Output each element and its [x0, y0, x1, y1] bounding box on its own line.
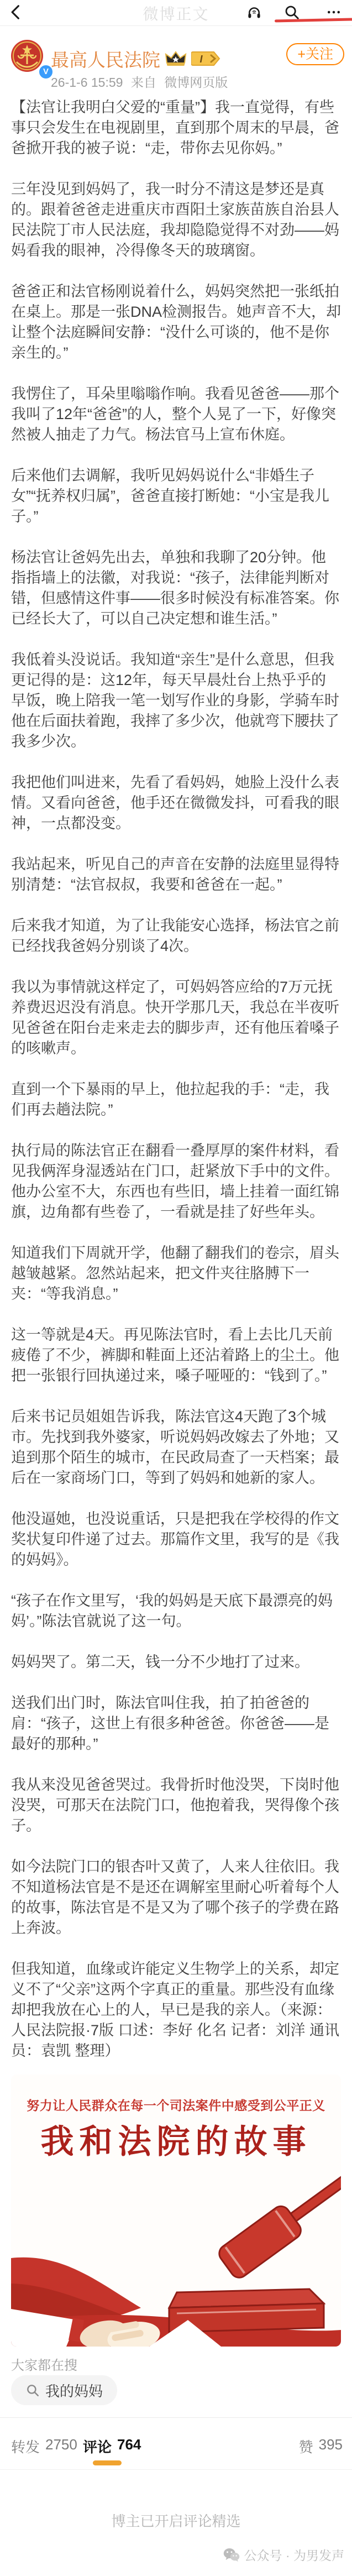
- poster-title: 我和法院的故事: [11, 2115, 341, 2163]
- listen-audio-icon[interactable]: [246, 4, 262, 20]
- post-paragraph: 这一等就是4天。再见陈法官时，看上去比几天前疲倦了不少，裤脚和鞋面上还沾着路上的…: [11, 1325, 341, 1386]
- repost-label: 转发: [11, 2436, 40, 2457]
- post-paragraph: 我站起来，听见自己的声音在安静的法庭里显得特别清楚：“法官叔叔，我要和爸爸在一起…: [11, 854, 341, 895]
- vip-level-badge: I: [191, 50, 221, 67]
- gavel-handshake-illustration: [11, 2175, 341, 2347]
- search-icon[interactable]: [283, 4, 300, 20]
- watermark: 公众号 · 为男发声: [223, 2546, 344, 2564]
- post-paragraph: 知道我们下周就开学，他翻了翻我们的卷宗，眉头越皱越紧。忽然站起来，把文件夹往胳膊…: [11, 1243, 341, 1304]
- author-header: V 最高人民法院 I 26-1-6 15:59 来自 微博网页版 +关注: [0, 26, 352, 97]
- repost-count: 2750: [45, 2436, 77, 2457]
- trending-search-pill[interactable]: 我的妈妈: [11, 2375, 117, 2405]
- post-meta: 26-1-6 15:59 来自 微博网页版: [51, 72, 232, 91]
- post-paragraph: 后来书记员姐姐告诉我，陈法官这4天跑了3个城市。先找到我外婆家，听说妈妈改嫁去了…: [11, 1407, 341, 1488]
- tabbar-divider: [0, 2469, 352, 2470]
- post-paragraph: 我把他们叫进来，先看了看妈妈，她脸上没什么表情。又看向爸爸，他手还在微微发抖，可…: [11, 772, 341, 834]
- weibo-post-page: 微博正文 V: [0, 0, 352, 2576]
- author-name[interactable]: 最高人民法院: [51, 46, 160, 72]
- tab-reposts[interactable]: 转发 2750: [11, 2436, 77, 2457]
- post-paragraph: 【法官让我明白父爱的“重量”】我一直觉得，有些事只会发生在电视剧里，直到那个周末…: [11, 97, 341, 159]
- crown-badge-icon: [165, 50, 187, 67]
- post-paragraph: 他没逼她，也没说重话，只是把我在学校得的作文奖状复印件递了过去。那篇作文里，我写…: [11, 1509, 341, 1570]
- post-paragraph: 妈妈哭了。第二天，钱一分不少地打了过来。: [11, 1652, 341, 1673]
- post-paragraph: 我低着头没说话。我知道“亲生”是什么意思，但我更记得的是：这12年，每天早晨灶台…: [11, 650, 341, 752]
- post-paragraph: 送我们出门时，陈法官叫住我，拍了拍爸爸的肩：“孩子，这世上有很多种爸爸。你爸爸—…: [11, 1693, 341, 1754]
- post-body: 【法官让我明白父爱的“重量”】我一直觉得，有些事只会发生在电视剧里，直到那个周末…: [11, 97, 341, 2072]
- comment-count: 764: [117, 2436, 141, 2457]
- post-paragraph: 执行局的陈法官正在翻看一叠厚厚的案件材料，看见我俩浑身湿透站在门口，赶紧放下手中…: [11, 1141, 341, 1222]
- trending-search-label: 大家都在搜: [11, 2354, 77, 2374]
- post-paragraph: 直到一个下暴雨的早上，他拉起我的手：“走，我们再去趟法院。”: [11, 1079, 341, 1120]
- post-paragraph: 如今法院门口的银杏叶又黄了，人来人往依旧。我不知道杨法官是不是还在调解室里耐心听…: [11, 1857, 341, 1938]
- post-paragraph: 后来他们去调解，我听见妈妈说什么“非婚生子女”“抚养权归属”，爸爸直接打断她：“…: [11, 466, 341, 527]
- post-paragraph: 爸爸正和法官杨刚说着什么，妈妈突然把一张纸拍在桌上。那是一张DNA检测报告。她声…: [11, 281, 341, 363]
- section-divider: [0, 2417, 352, 2418]
- post-paragraph: 但我知道，血缘或许能定义生物学上的关系，却定义不了“父亲”这两个字真正的重量。那…: [11, 1959, 341, 2061]
- nav-bar: 微博正文: [0, 0, 352, 26]
- watermark-text: 公众号 · 为男发声: [244, 2546, 344, 2564]
- engagement-tabbar: 转发 2750 评论 764 赞 395: [0, 2427, 352, 2469]
- follow-button[interactable]: +关注: [286, 43, 344, 65]
- comment-label: 评论: [83, 2436, 112, 2457]
- post-paragraph: 我从来没见爸爸哭过。我骨折时他没哭，下岗时他没哭，可那天在法院门口，他抱着我，哭…: [11, 1775, 341, 1836]
- like-count: 395: [319, 2436, 343, 2457]
- like-label: 赞: [299, 2436, 313, 2457]
- tab-likes[interactable]: 赞 395: [299, 2436, 343, 2457]
- timestamp: 26-1-6 15:59: [51, 75, 123, 90]
- post-paragraph: 后来我才知道，为了让我能安心选择，杨法官之前已经找我爸妈分别谈了4次。: [11, 916, 341, 957]
- comment-filter-notice: 博主已开启评论精选: [0, 2510, 352, 2531]
- post-paragraph: 杨法官让爸妈先出去，单独和我聊了20分钟。他指指墙上的法徽，对我说：“孩子，法律…: [11, 547, 341, 629]
- trending-search-query: 我的妈妈: [45, 2380, 103, 2401]
- post-image[interactable]: 努力让人民群众在每一个司法案件中感受到公平正义 我和法院的故事: [11, 2075, 341, 2347]
- wechat-icon: [223, 2548, 240, 2562]
- post-paragraph: 三年没见到妈妈了，我一时分不清这是梦还是真的。跟着爸爸走进重庆市酉阳土家族苗族自…: [11, 179, 341, 261]
- poster-slogan: 努力让人民群众在每一个司法案件中感受到公平正义: [11, 2096, 341, 2114]
- post-paragraph: 我以为事情就这样定了，可妈妈答应给的7万元抚养费迟迟没有消息。快开学那几天，我总…: [11, 977, 341, 1059]
- active-tab-indicator: [93, 2460, 122, 2465]
- post-paragraph: “孩子在作文里写，‘我的妈妈是天底下最漂亮的妈妈’。”陈法官就说了这一句。: [11, 1591, 341, 1632]
- source-prefix: 来自: [131, 75, 156, 90]
- source-client[interactable]: 微博网页版: [164, 75, 228, 90]
- tab-comments[interactable]: 评论 764: [83, 2436, 141, 2457]
- post-paragraph: 我愣住了，耳朵里嗡嗡作响。我看见爸爸——那个我叫了12年“爸爸”的人，整个人晃了…: [11, 384, 341, 445]
- search-icon: [25, 2383, 40, 2397]
